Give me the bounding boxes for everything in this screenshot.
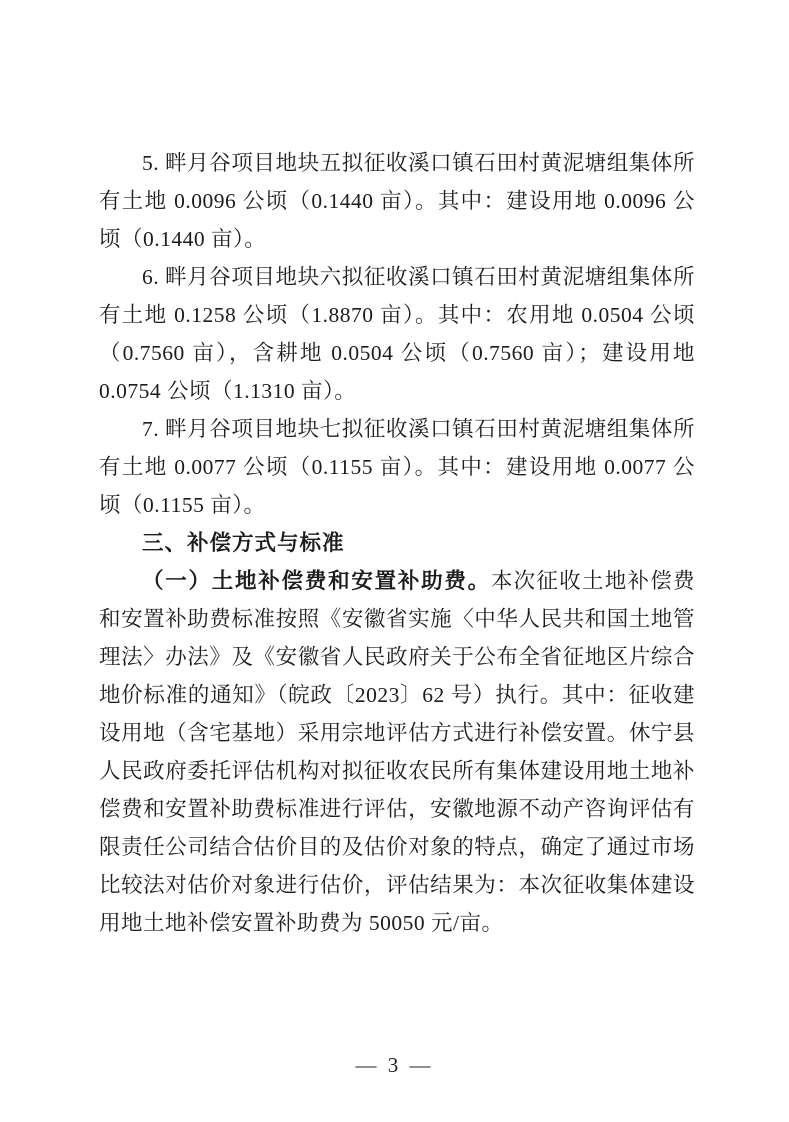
paragraph-plot-5: 5. 畔月谷项目地块五拟征收溪口镇石田村黄泥塘组集体所有土地 0.0096 公顷… <box>99 144 695 258</box>
paragraph-compensation-standard: （一）土地补偿费和安置补助费。本次征收土地补偿费和安置补助费标准按照《安徽省实施… <box>99 562 695 942</box>
section-heading-compensation: 三、补偿方式与标准 <box>99 524 695 562</box>
paragraph-plot-6: 6. 畔月谷项目地块六拟征收溪口镇石田村黄泥塘组集体所有土地 0.1258 公顷… <box>99 258 695 410</box>
subsection-lead: （一）土地补偿费和安置补助费。 <box>142 569 491 593</box>
paragraph-plot-7: 7. 畔月谷项目地块七拟征收溪口镇石田村黄泥塘组集体所有土地 0.0077 公顷… <box>99 410 695 524</box>
subsection-body-text: 本次征收土地补偿费和安置补助费标准按照《安徽省实施〈中华人民共和国土地管理法〉办… <box>99 569 695 935</box>
page-number-label: — 3 — <box>0 1050 789 1080</box>
document-body: 5. 畔月谷项目地块五拟征收溪口镇石田村黄泥塘组集体所有土地 0.0096 公顷… <box>99 144 695 942</box>
document-page: 5. 畔月谷项目地块五拟征收溪口镇石田村黄泥塘组集体所有土地 0.0096 公顷… <box>0 0 789 1122</box>
